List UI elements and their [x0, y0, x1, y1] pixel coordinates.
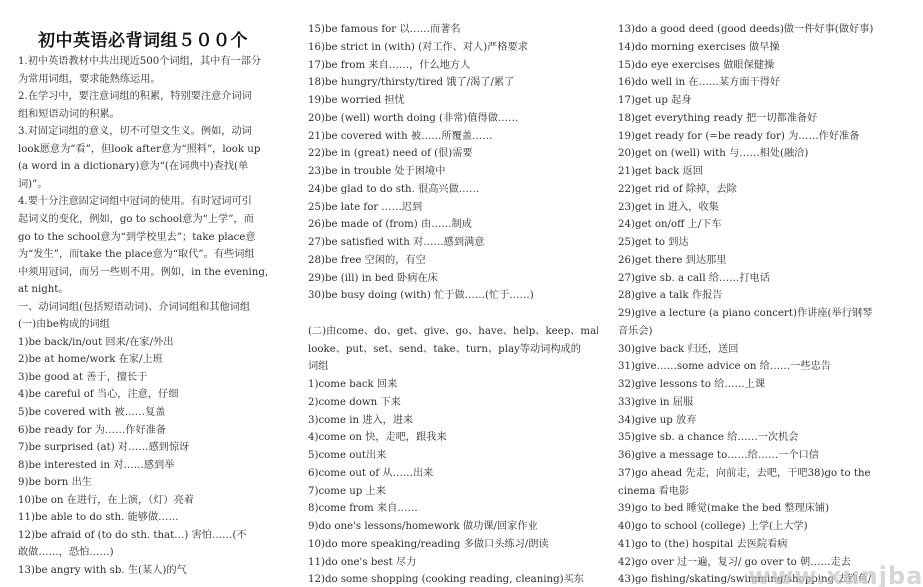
phrase-list-item: 22)be in (great) need of (很)需要 — [308, 145, 473, 162]
phrase-list-item: 31)give……some advice on 给……一些忠告 — [618, 358, 831, 375]
document-page: 初中英语必背词组５００个 1.初中英语教材中共出现近500个词组，其中有一部分为… — [0, 0, 923, 587]
phrase-list-item: 28)give a talk 作报告 — [618, 287, 722, 304]
phrase-list-item: 7)be surprised (at) 对……感到惊讶 — [18, 439, 189, 456]
phrase-list-item: 13)be angry with sb. 生(某人)的气 — [18, 562, 187, 579]
phrase-list-item: 12)do some shopping (cooking reading, cl… — [308, 571, 584, 587]
phrase-list-item: 39)go to bed 睡觉(make the bed 整理床铺) — [618, 500, 829, 517]
intro-paragraph-line: 1.初中英语教材中共出现近500个词组，其中有一部分 — [18, 53, 261, 70]
phrase-list-item: 敢做……，恐怕……) — [18, 544, 114, 561]
phrase-list-item: 4)be careful of 当心，注意，仔细 — [18, 386, 178, 403]
intro-paragraph-line: 3.对固定词组的意义，切不可望文生义。例如，动词 — [18, 123, 252, 140]
phrase-list-item: 一、动词词组(包括短语动词)、介词词组和其他词组 — [18, 299, 250, 316]
phrase-list-item: 2)be at home/work 在家/上班 — [18, 351, 163, 368]
phrase-list-item: 27)be satisfied with 对……感到满意 — [308, 234, 484, 251]
phrase-list-item: 27)give sb. a call 给……打电话 — [618, 270, 770, 287]
intro-paragraph-line: 为“发生”，而take the place意为“取代”。有些词组 — [18, 246, 255, 263]
phrase-list-item: 28)be free 空闲的，有空 — [308, 252, 426, 269]
intro-paragraph-line: look愿意为“看”，但look after意为“照料”，look up — [18, 141, 260, 158]
phrase-list-item: 2)come down 下来 — [308, 394, 401, 411]
intro-paragraph-line: 词)”。 — [18, 176, 48, 193]
phrase-list-item: 23)be in trouble 处于困境中 — [308, 163, 445, 180]
phrase-list-item: 36)give a message to……给……一个口信 — [618, 447, 819, 464]
phrase-list-item: 21)be covered with 被……所覆盖…… — [308, 128, 492, 145]
phrase-list-item: 37)go ahead 先走，向前走，去吧，干吧38)go to the — [618, 465, 871, 482]
phrase-list-item: 13)do a good deed (good deeds)做一件好事(做好事) — [618, 21, 873, 38]
phrase-list-item: 25)be late for ……迟到 — [308, 199, 422, 216]
intro-paragraph-line: 起词义的变化，例如，go to school意为“上学”，而 — [18, 211, 254, 228]
phrase-list-item: 33)give in 屈服 — [618, 394, 693, 411]
phrase-list-item: 音乐会) — [618, 323, 653, 340]
column-middle: 15)be famous for 以……而著名16)be strict in (… — [308, 0, 598, 587]
phrase-list-item: 30)be busy doing (with) 忙于做……(忙于……) — [308, 287, 534, 304]
phrase-list-item: 34)give up 放弃 — [618, 412, 696, 429]
phrase-list-item: 7)come up 上来 — [308, 483, 386, 500]
intro-paragraph-line: 2.在学习中，要注意词组的积累，特别要注意介词词 — [18, 88, 252, 105]
phrase-list-item: 10)do more speaking/reading 多做口头练习/朗读 — [308, 536, 549, 553]
phrase-list-item: 5)be covered with 被……复盖 — [18, 404, 165, 421]
phrase-list-item: 25)get to 到达 — [618, 234, 689, 251]
phrase-list-item: 18)get everything ready 把一切都准备好 — [618, 110, 817, 127]
phrase-list-item: 16)be strict in (with) (对工作、对人)严格要求 — [308, 39, 528, 56]
phrase-list-item: 21)get back 返回 — [618, 163, 703, 180]
phrase-list-item: 14)do morning exercises 做早操 — [618, 39, 780, 56]
phrase-list-item: 26)get there 到达那里 — [618, 252, 726, 269]
phrase-list-item: (二)由come、do、get、give、go、have、help、keep、m… — [308, 323, 598, 340]
phrase-list-item: 1)come back 回来 — [308, 376, 397, 393]
phrase-list-item: 22)get rid of 除掉，去除 — [618, 181, 737, 198]
phrase-list-item: 15)be famous for 以……而著名 — [308, 21, 461, 38]
intro-paragraph-line: 4.要十分注意固定词组中冠词的使用。有时冠词可引 — [18, 193, 252, 210]
phrase-list-item: cinema 看电影 — [618, 483, 689, 500]
phrase-list-item: 20)get on (well) with 与……相处(融洽) — [618, 145, 808, 162]
phrase-list-item: 20)be (well) worth doing (非常)值得做…… — [308, 110, 518, 127]
phrase-list-item: 24)get on/off 上/下车 — [618, 216, 722, 233]
phrase-list-item: 9)be born 出生 — [18, 474, 92, 491]
phrase-list-item: 11)be able to do sth. 能够做…… — [18, 509, 179, 526]
phrase-list-item: 17)be from 来自……，什么地方人 — [308, 57, 470, 74]
phrase-list-item: 18)be hungry/thirsty/tired 饿了/渴了/累了 — [308, 74, 514, 91]
phrase-list-item: 5)come out出来 — [308, 447, 386, 464]
phrase-list-item: 35)give sb. a chance 给……一次机会 — [618, 429, 798, 446]
phrase-list-item: 29)give a lecture (a piano concert)作讲座(举… — [618, 305, 872, 322]
phrase-list-item: 29)be (ill) in bed 卧病在床 — [308, 270, 438, 287]
phrase-list-item: looke、put、set、send、take、turn、play等动词构成的 — [308, 341, 581, 358]
intro-paragraph-line: 为常用词组，要求能熟练运用。 — [18, 71, 161, 88]
phrase-list-item: 6)come out of 从……出来 — [308, 465, 433, 482]
watermark: www.xunjbaoku.com — [748, 562, 923, 587]
intro-paragraph-line: at night。 — [18, 281, 69, 298]
phrase-list-item: 26)be made of (from) 由……制成 — [308, 216, 472, 233]
phrase-list-item: 15)do eye exercises 做眼保健操 — [618, 57, 774, 74]
phrase-list-item: 词组 — [308, 358, 328, 375]
phrase-list-item: 3)come in 进入，进来 — [308, 412, 413, 429]
column-left: 1.初中英语教材中共出现近500个词组，其中有一部分为常用词组，要求能熟练运用。… — [18, 0, 293, 587]
intro-paragraph-line: (a word in a dictionary)意为“(在词典中)查找(单 — [18, 158, 248, 175]
phrase-list-item: 17)get up 起身 — [618, 92, 692, 109]
phrase-list-item: 8)be interested in 对……感到举 — [18, 457, 174, 474]
phrase-list-item: 10)be on 在进行，在上演，（灯）亮着 — [18, 492, 194, 509]
phrase-list-item: 41)go to (the) hospital 去医院看病 — [618, 536, 787, 553]
intro-paragraph-line: go to the school意为“到学校里去”；take place意 — [18, 229, 256, 246]
phrase-list-item: 8)come from 来自…… — [308, 500, 418, 517]
phrase-list-item: 30)give back 归还，送回 — [618, 341, 738, 358]
intro-paragraph-line: 中须用冠词，而另一些则不用。例如，in the evening, — [18, 264, 268, 281]
phrase-list-item: 32)give lessons to 给……上课 — [618, 376, 765, 393]
phrase-list-item: 19)get ready for (=be ready for) 为……作好准备 — [618, 128, 859, 145]
intro-paragraph-line: 组和短语动词的积累。 — [18, 106, 120, 123]
phrase-list-item: 24)be glad to do sth. 很高兴做…… — [308, 181, 479, 198]
column-right: 13)do a good deed (good deeds)做一件好事(做好事)… — [618, 0, 918, 587]
phrase-list-item: 16)do well in 在……某方面干得好 — [618, 74, 780, 91]
phrase-list-item: 40)go to school (college) 上学(上大学) — [618, 518, 808, 535]
phrase-list-item: 9)do one's lessons/homework 做功课/回家作业 — [308, 518, 538, 535]
phrase-list-item: 19)be worried 担忧 — [308, 92, 405, 109]
phrase-list-item: 23)get in 进入，收集 — [618, 199, 719, 216]
phrase-list-item: 12)be afraid of (to do sth. that…) 害怕……(… — [18, 527, 247, 544]
phrase-list-item: 6)be ready for 为……作好准备 — [18, 422, 166, 439]
phrase-list-item: (一)由be构成的词组 — [18, 316, 110, 333]
phrase-list-item: 11)do one's best 尽力 — [308, 554, 416, 571]
phrase-list-item: 4)come on 快，走吧，跟我来 — [308, 429, 447, 446]
phrase-list-item: 3)be good at 善于，擅长于 — [18, 369, 147, 386]
phrase-list-item: 1)be back/in/out 回来/在家/外出 — [18, 334, 173, 351]
